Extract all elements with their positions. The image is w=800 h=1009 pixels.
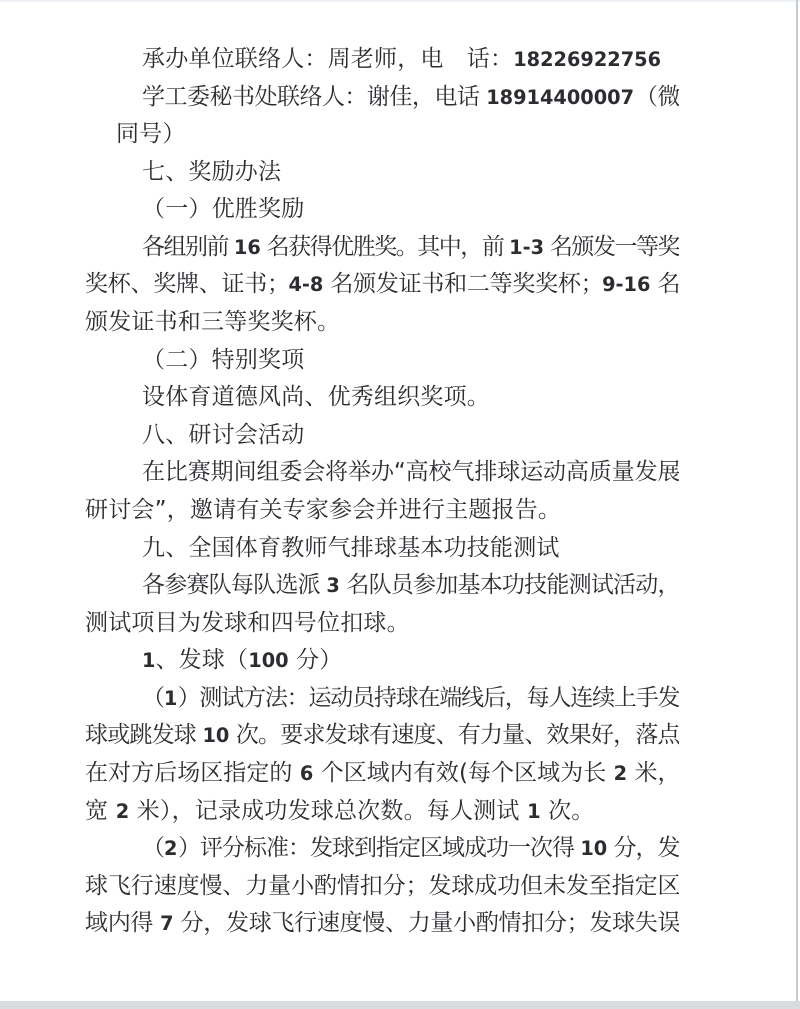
page-right-edge-line	[796, 0, 798, 1009]
text-line: 在对方后场区指定的 6 个区域内有效(每个区域为长 2 米，	[85, 755, 679, 793]
text-line: 1、发球（100 分）	[85, 642, 679, 680]
document-page: 承办单位联络人：周老师，电 话：18226922756学工委秘书处联络人：谢佳，…	[0, 0, 796, 1009]
text-line: 设体育道德风尚、优秀组织奖项。	[85, 379, 679, 417]
text-line: （一）优胜奖励	[85, 191, 679, 229]
text-line: （1）测试方法：运动员持球在端线后，每人连续上手发	[85, 680, 679, 718]
text-line: 测试项目为发球和四号位扣球。	[85, 605, 679, 643]
text-line: （2）评分标准：发球到指定区域成功一次得 10 分，发	[85, 830, 679, 868]
text-line: 承办单位联络人：周老师，电 话：18226922756	[85, 41, 679, 79]
text-line: 八、研讨会活动	[85, 417, 679, 455]
document-text-block: 承办单位联络人：周老师，电 话：18226922756学工委秘书处联络人：谢佳，…	[85, 41, 679, 943]
text-line: 颁发证书和三等奖奖杯。	[85, 304, 679, 342]
text-line: 九、全国体育教师气排球基本功技能测试	[85, 530, 679, 568]
text-line: 奖杯、奖牌、证书；4-8 名颁发证书和二等奖奖杯；9-16 名	[85, 266, 679, 304]
text-line: 七、奖励办法	[85, 154, 679, 192]
text-line: 各参赛队每队选派 3 名队员参加基本功技能测试活动，	[85, 567, 679, 605]
text-line: 同号）	[85, 116, 679, 154]
text-line: 宽 2 米），记录成功发球总次数。每人测试 1 次。	[85, 793, 679, 831]
text-line: 在比赛期间组委会将举办“高校气排球运动高质量发展	[85, 454, 679, 492]
text-line: （二）特别奖项	[85, 342, 679, 380]
text-line: 球飞行速度慢、力量小酌情扣分；发球成功但未发至指定区	[85, 868, 679, 906]
document-viewer: 承办单位联络人：周老师，电 话：18226922756学工委秘书处联络人：谢佳，…	[0, 0, 800, 1009]
text-line: 研讨会”，邀请有关专家参会并进行主题报告。	[85, 492, 679, 530]
text-line: 学工委秘书处联络人：谢佳，电话 18914400007（微信	[85, 79, 679, 117]
text-line: 球或跳发球 10 次。要求发球有速度、有力量、效果好，落点	[85, 717, 679, 755]
text-line: 各组别前 16 名获得优胜奖。其中，前 1-3 名颁发一等奖	[85, 229, 679, 267]
viewer-bottom-strip	[0, 1001, 800, 1009]
page-top-edge	[0, 0, 800, 2]
text-line: 域内得 7 分，发球飞行速度慢、力量小酌情扣分；发球失误	[85, 905, 679, 943]
